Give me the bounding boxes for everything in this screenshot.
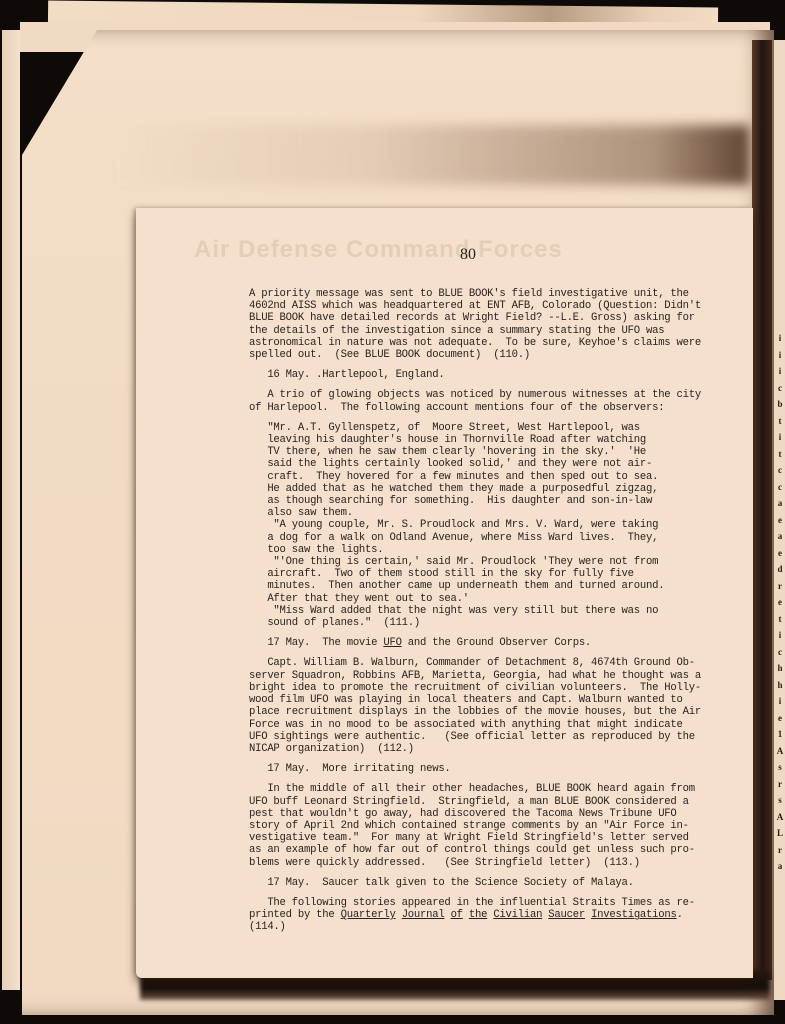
bleed-through-heading: Air Defense Command Forces [194,236,563,264]
right-margin-bleed-text: iiicbtitccaeaedretichhie1AsrsALra [775,330,785,875]
document-page: Air Defense Command Forces 80 A priority… [136,208,753,978]
paragraph-walburn: Capt. William B. Walburn, Commander of D… [249,657,749,755]
margin-bleed-char: i [775,693,785,710]
margin-bleed-char: c [775,380,785,397]
margin-bleed-char: a [775,495,785,512]
margin-bleed-char: i [775,330,785,347]
margin-bleed-char: c [775,462,785,479]
margin-bleed-char: s [775,792,785,809]
margin-bleed-char: b [775,396,785,413]
background-sheet-left-edge [2,30,20,990]
margin-bleed-char: a [775,528,785,545]
paragraph-hartlepool-intro: A trio of glowing objects was noticed by… [249,389,749,413]
margin-bleed-char: i [775,429,785,446]
document-body: A priority message was sent to BLUE BOOK… [249,288,749,934]
margin-bleed-char: t [775,446,785,463]
margin-bleed-char: c [775,479,785,496]
entry-heading-17-may-irritating-news: 17 May. More irritating news. [249,763,749,775]
paragraph-straits-times: The following stories appeared in the in… [249,897,749,934]
quote-hartlepool-witnesses: "Mr. A.T. Gyllenspetz, of Moore Street, … [249,422,749,629]
margin-bleed-char: h [775,660,785,677]
margin-bleed-char: i [775,363,785,380]
margin-bleed-char: e [775,545,785,562]
margin-bleed-char: d [775,561,785,578]
entry-heading-16-may: 16 May. .Hartlepool, England. [249,369,749,381]
movie-title-ufo: UFO [383,637,401,649]
margin-bleed-char: t [775,413,785,430]
margin-bleed-char: r [775,776,785,793]
margin-bleed-char: r [775,578,785,595]
scan-shadow-right [752,40,772,980]
paragraph-blue-book-priority-message: A priority message was sent to BLUE BOOK… [249,288,749,361]
entry-heading-17-may-malaya: 17 May. Saucer talk given to the Science… [249,877,749,889]
page-number: 80 [460,246,476,264]
entry-heading-17-may-movie-ufo: 17 May. The movie UFO and the Ground Obs… [249,637,749,649]
margin-bleed-char: e [775,710,785,727]
margin-bleed-char: e [775,512,785,529]
margin-bleed-char: c [775,644,785,661]
margin-bleed-char: r [775,842,785,859]
margin-bleed-char: e [775,594,785,611]
margin-bleed-char: a [775,858,785,875]
margin-bleed-char: t [775,611,785,628]
margin-bleed-char: i [775,627,785,644]
margin-bleed-char: h [775,677,785,694]
margin-bleed-char: i [775,347,785,364]
margin-bleed-char: A [775,809,785,826]
margin-bleed-char: 1 [775,726,785,743]
paragraph-stringfield: In the middle of all their other headach… [249,783,749,868]
margin-bleed-char: A [775,743,785,760]
margin-bleed-char: L [775,825,785,842]
scan-shadow-smudge [110,125,750,185]
margin-bleed-char: s [775,759,785,776]
